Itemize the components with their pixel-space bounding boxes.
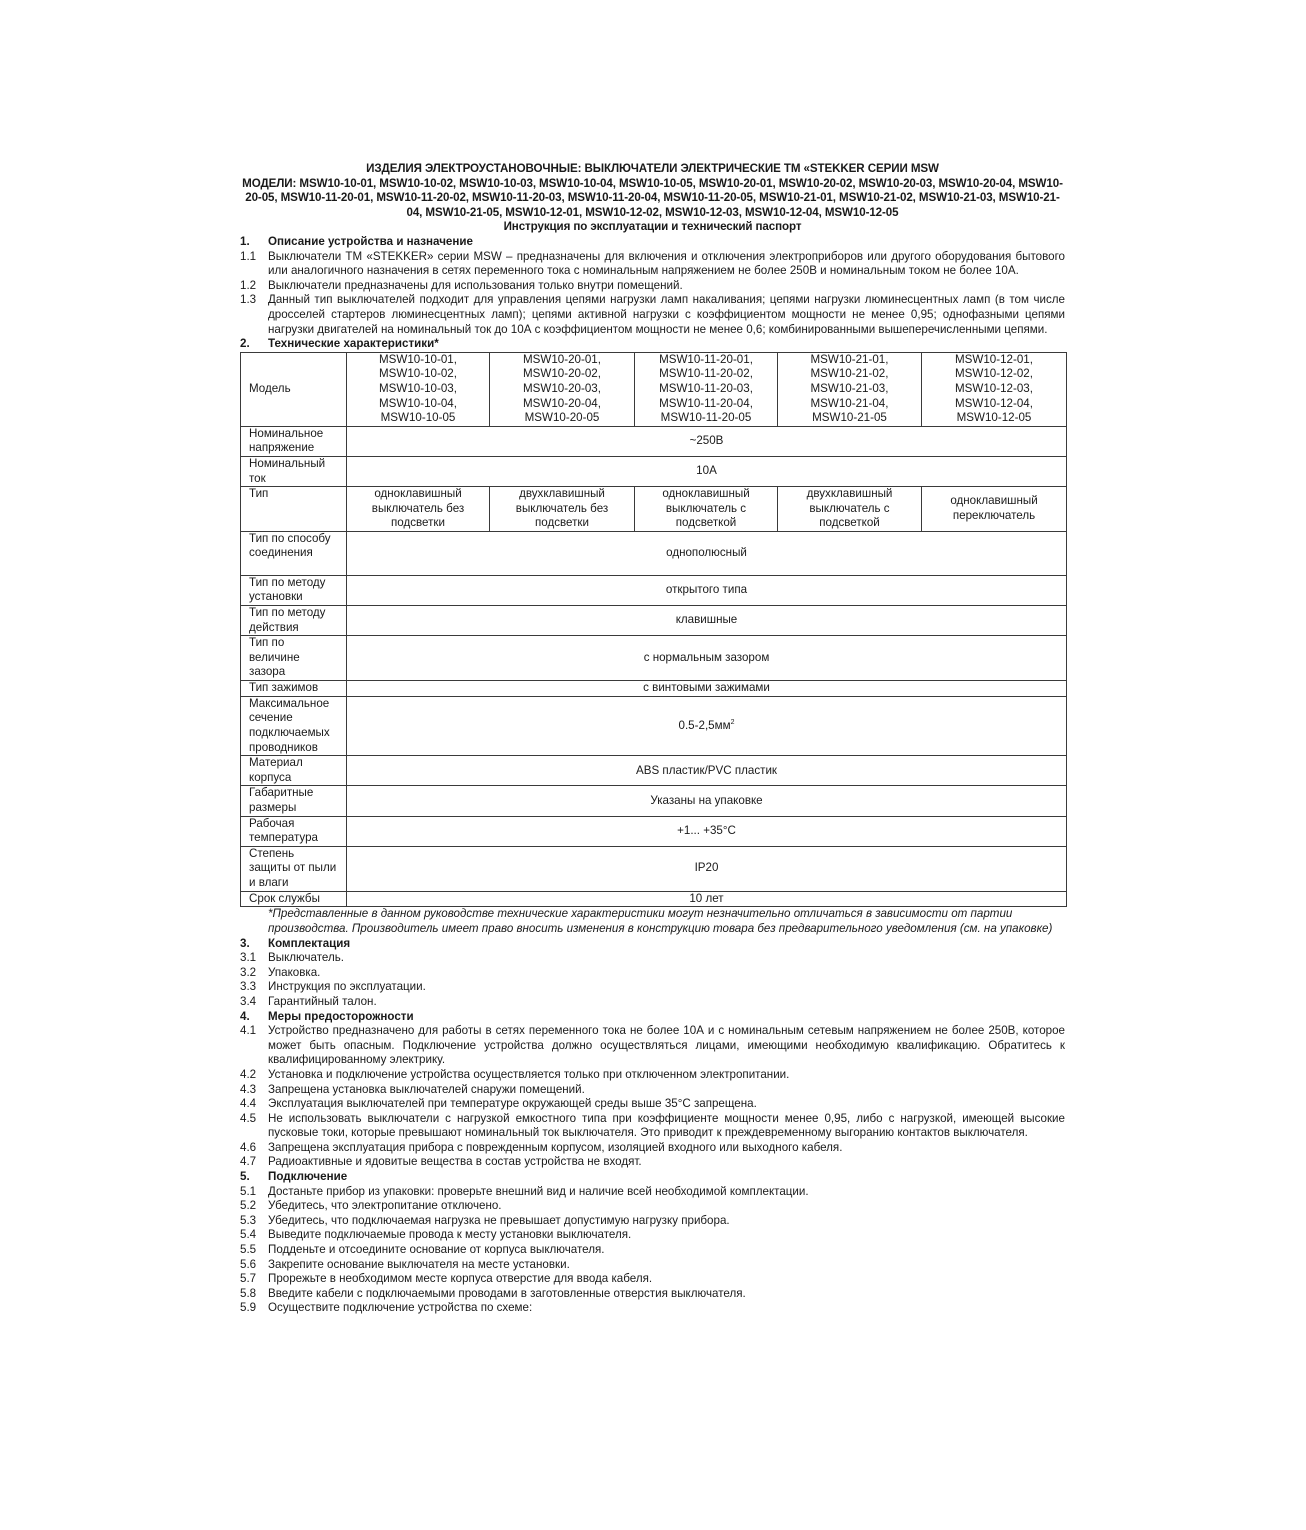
value-text: однополюсный [666,546,747,559]
row-value: однополюсный [347,531,1067,575]
value-text: ABS пластик/PVC пластик [636,764,777,777]
row-label: Тип по величине зазора [241,636,347,681]
section-5-heading: 5. Подключение [240,1170,1065,1185]
section-4-items: 4.1Устройство предназначено для работы в… [240,1024,1065,1170]
item-number: 4.1 [240,1024,268,1068]
table-row: МодельMSW10-10-01, MSW10-10-02, MSW10-10… [241,352,1067,426]
item-number: 5.7 [240,1272,268,1287]
document-page: ИЗДЕЛИЯ ЭЛЕКТРОУСТАНОВОЧНЫЕ: ВЫКЛЮЧАТЕЛИ… [240,162,1065,1316]
value-text: Указаны на упаковке [650,794,762,807]
item-number: 5.1 [240,1185,268,1200]
value-text: открытого типа [666,583,747,596]
row-label: Номинальное напряжение [241,426,347,456]
row-label: Максимальное сечение подключаемых провод… [241,696,347,755]
superscript: 2 [731,719,735,726]
item-number: 5.3 [240,1214,268,1229]
list-item: 4.2Установка и подключение устройства ос… [240,1068,1065,1083]
item-number: 4.3 [240,1083,268,1098]
value-text: +1... +35°C [677,824,736,837]
list-item: 4.4Эксплуатация выключателей при темпера… [240,1097,1065,1112]
item-text: Прорежьте в необходимом месте корпуса от… [268,1272,1065,1287]
item-text: Подденьте и отсоедините основание от кор… [268,1243,1065,1258]
item-text: Выключатели предназначены для использова… [268,279,1065,294]
item-text: Убедитесь, что электропитание отключено. [268,1199,1065,1214]
row-value: с нормальным зазором [347,636,1067,681]
item-text: Упаковка. [268,966,1065,981]
row-value: 0.5-2,5мм2 [347,696,1067,755]
table-footnote: *Представленные в данном руководстве тех… [240,907,1065,936]
item-number: 5.9 [240,1301,268,1316]
item-number: 1.1 [240,250,268,279]
item-number: 3.2 [240,966,268,981]
row-value: открытого типа [347,575,1067,605]
type-cell: двухклавишный выключатель без подсветки [490,487,635,532]
row-label: Модель [241,352,347,426]
item-number: 1.3 [240,293,268,337]
type-cell: одноклавишный выключатель с подсветкой [635,487,778,532]
item-text: Убедитесь, что подключаемая нагрузка не … [268,1214,1065,1229]
row-value: 10А [347,456,1067,486]
item-text: Достаньте прибор из упаковки: проверьте … [268,1185,1065,1200]
table-row: Габаритные размерыУказаны на упаковке [241,786,1067,816]
list-item: 1.2Выключатели предназначены для использ… [240,279,1065,294]
table-row: Максимальное сечение подключаемых провод… [241,696,1067,755]
row-label: Тип зажимов [241,681,347,697]
table-row: Рабочая температура+1... +35°C [241,816,1067,846]
row-value: Указаны на упаковке [347,786,1067,816]
item-number: 4.2 [240,1068,268,1083]
item-text: Установка и подключение устройства осуще… [268,1068,1065,1083]
item-text: Осуществите подключение устройства по сх… [268,1301,1065,1316]
row-value: клавишные [347,606,1067,636]
row-label: Рабочая температура [241,816,347,846]
document-subtitle: Инструкция по эксплуатации и технический… [240,220,1065,235]
table-row: Номинальное напряжение~250В [241,426,1067,456]
row-label: Тип по методу установки [241,575,347,605]
item-number: 5.4 [240,1228,268,1243]
item-text: Инструкция по эксплуатации. [268,980,1065,995]
item-text: Радиоактивные и ядовитые вещества в сост… [268,1155,1065,1170]
item-text: Эксплуатация выключателей при температур… [268,1097,1065,1112]
item-number: 5.6 [240,1258,268,1273]
section-1-heading: 1. Описание устройства и назначение [240,235,1065,250]
row-value: +1... +35°C [347,816,1067,846]
item-number: 1.2 [240,279,268,294]
row-value: ~250В [347,426,1067,456]
table-row: Тип по способу соединенияоднополюсный [241,531,1067,575]
item-number: 4.5 [240,1112,268,1141]
item-text: Гарантийный талон. [268,995,1065,1010]
section-3-items: 3.1Выключатель.3.2Упаковка.3.3Инструкция… [240,951,1065,1009]
list-item: 5.9Осуществите подключение устройства по… [240,1301,1065,1316]
table-row: Тип зажимовс винтовыми зажимами [241,681,1067,697]
type-cell: двухклавишный выключатель с подсветкой [778,487,922,532]
list-item: 4.6Запрещена эксплуатация прибора с повр… [240,1141,1065,1156]
table-row: Типодноклавишный выключатель без подсвет… [241,487,1067,532]
value-text: IP20 [695,861,719,874]
table-row: Материал корпусаABS пластик/PVC пластик [241,756,1067,786]
row-label: Габаритные размеры [241,786,347,816]
item-text: Выключатели ТМ «STEKKER» серии MSW – пре… [268,250,1065,279]
section-1-items: 1.1Выключатели ТМ «STEKKER» серии MSW – … [240,250,1065,338]
row-label: Номинальный ток [241,456,347,486]
item-number: 5.2 [240,1199,268,1214]
list-item: 4.3Запрещена установка выключателей снар… [240,1083,1065,1098]
item-text: Устройство предназначено для работы в се… [268,1024,1065,1068]
item-number: 4.6 [240,1141,268,1156]
type-cell: одноклавишный переключатель [922,487,1067,532]
table-row: Степень защиты от пыли и влагиIP20 [241,846,1067,891]
model-cell: MSW10-21-01, MSW10-21-02, MSW10-21-03, M… [778,352,922,426]
model-cell: MSW10-11-20-01, MSW10-11-20-02, MSW10-11… [635,352,778,426]
list-item: 4.5Не использовать выключатели с нагрузк… [240,1112,1065,1141]
list-item: 3.4Гарантийный талон. [240,995,1065,1010]
row-label: Степень защиты от пыли и влаги [241,846,347,891]
row-label: Тип по методу действия [241,606,347,636]
table-row: Тип по методу действияклавишные [241,606,1067,636]
item-number: 3.1 [240,951,268,966]
row-value: IP20 [347,846,1067,891]
list-item: 4.1Устройство предназначено для работы в… [240,1024,1065,1068]
item-text: Запрещена эксплуатация прибора с поврежд… [268,1141,1065,1156]
section-5-items: 5.1Достаньте прибор из упаковки: проверь… [240,1185,1065,1316]
list-item: 3.3Инструкция по эксплуатации. [240,980,1065,995]
item-text: Выведите подключаемые провода к месту ус… [268,1228,1065,1243]
model-cell: MSW10-10-01, MSW10-10-02, MSW10-10-03, M… [347,352,490,426]
list-item: 5.1Достаньте прибор из упаковки: проверь… [240,1185,1065,1200]
list-item: 5.4Выведите подключаемые провода к месту… [240,1228,1065,1243]
item-text: Запрещена установка выключателей снаружи… [268,1083,1065,1098]
item-number: 4.4 [240,1097,268,1112]
value-text: клавишные [676,613,738,626]
item-text: Введите кабели с подключаемыми проводами… [268,1287,1065,1302]
row-label: Материал корпуса [241,756,347,786]
section-4-heading: 4. Меры предосторожности [240,1010,1065,1025]
item-text: Не использовать выключатели с нагрузкой … [268,1112,1065,1141]
value-text: 0.5-2,5мм [679,719,731,732]
spec-table: МодельMSW10-10-01, MSW10-10-02, MSW10-10… [240,352,1067,908]
list-item: 5.5Подденьте и отсоедините основание от … [240,1243,1065,1258]
item-number: 3.4 [240,995,268,1010]
row-value: с винтовыми зажимами [347,681,1067,697]
section-3-heading: 3. Комплектация [240,937,1065,952]
table-row: Тип по методу установкиоткрытого типа [241,575,1067,605]
row-value: ABS пластик/PVC пластик [347,756,1067,786]
row-label: Тип по способу соединения [241,531,347,575]
list-item: 3.1Выключатель. [240,951,1065,966]
section-2-heading: 2. Технические характеристики* [240,337,1065,352]
value-text: 10 лет [689,892,723,905]
value-text: с нормальным зазором [644,651,770,664]
value-text: с винтовыми зажимами [643,681,770,694]
list-item: 5.8Введите кабели с подключаемыми провод… [240,1287,1065,1302]
list-item: 1.3Данный тип выключателей подходит для … [240,293,1065,337]
list-item: 5.3Убедитесь, что подключаемая нагрузка … [240,1214,1065,1229]
list-item: 3.2Упаковка. [240,966,1065,981]
table-row: Срок службы10 лет [241,891,1067,907]
table-row: Номинальный ток10А [241,456,1067,486]
item-text: Закрепите основание выключателя на месте… [268,1258,1065,1273]
row-value: 10 лет [347,891,1067,907]
item-text: Выключатель. [268,951,1065,966]
model-cell: MSW10-20-01, MSW10-20-02, MSW10-20-03, M… [490,352,635,426]
list-item: 5.7Прорежьте в необходимом месте корпуса… [240,1272,1065,1287]
list-item: 5.6Закрепите основание выключателя на ме… [240,1258,1065,1273]
item-number: 5.8 [240,1287,268,1302]
item-text: Данный тип выключателей подходит для упр… [268,293,1065,337]
type-cell: одноклавишный выключатель без подсветки [347,487,490,532]
item-number: 3.3 [240,980,268,995]
row-label: Срок службы [241,891,347,907]
row-label: Тип [241,487,347,532]
document-title: ИЗДЕЛИЯ ЭЛЕКТРОУСТАНОВОЧНЫЕ: ВЫКЛЮЧАТЕЛИ… [240,162,1065,177]
list-item: 1.1Выключатели ТМ «STEKKER» серии MSW – … [240,250,1065,279]
model-cell: MSW10-12-01, MSW10-12-02, MSW10-12-03, M… [922,352,1067,426]
table-row: Тип по величине зазорас нормальным зазор… [241,636,1067,681]
list-item: 5.2Убедитесь, что электропитание отключе… [240,1199,1065,1214]
item-number: 4.7 [240,1155,268,1170]
list-item: 4.7Радиоактивные и ядовитые вещества в с… [240,1155,1065,1170]
models-list: МОДЕЛИ: MSW10-10-01, MSW10-10-02, MSW10-… [240,177,1065,221]
item-number: 5.5 [240,1243,268,1258]
